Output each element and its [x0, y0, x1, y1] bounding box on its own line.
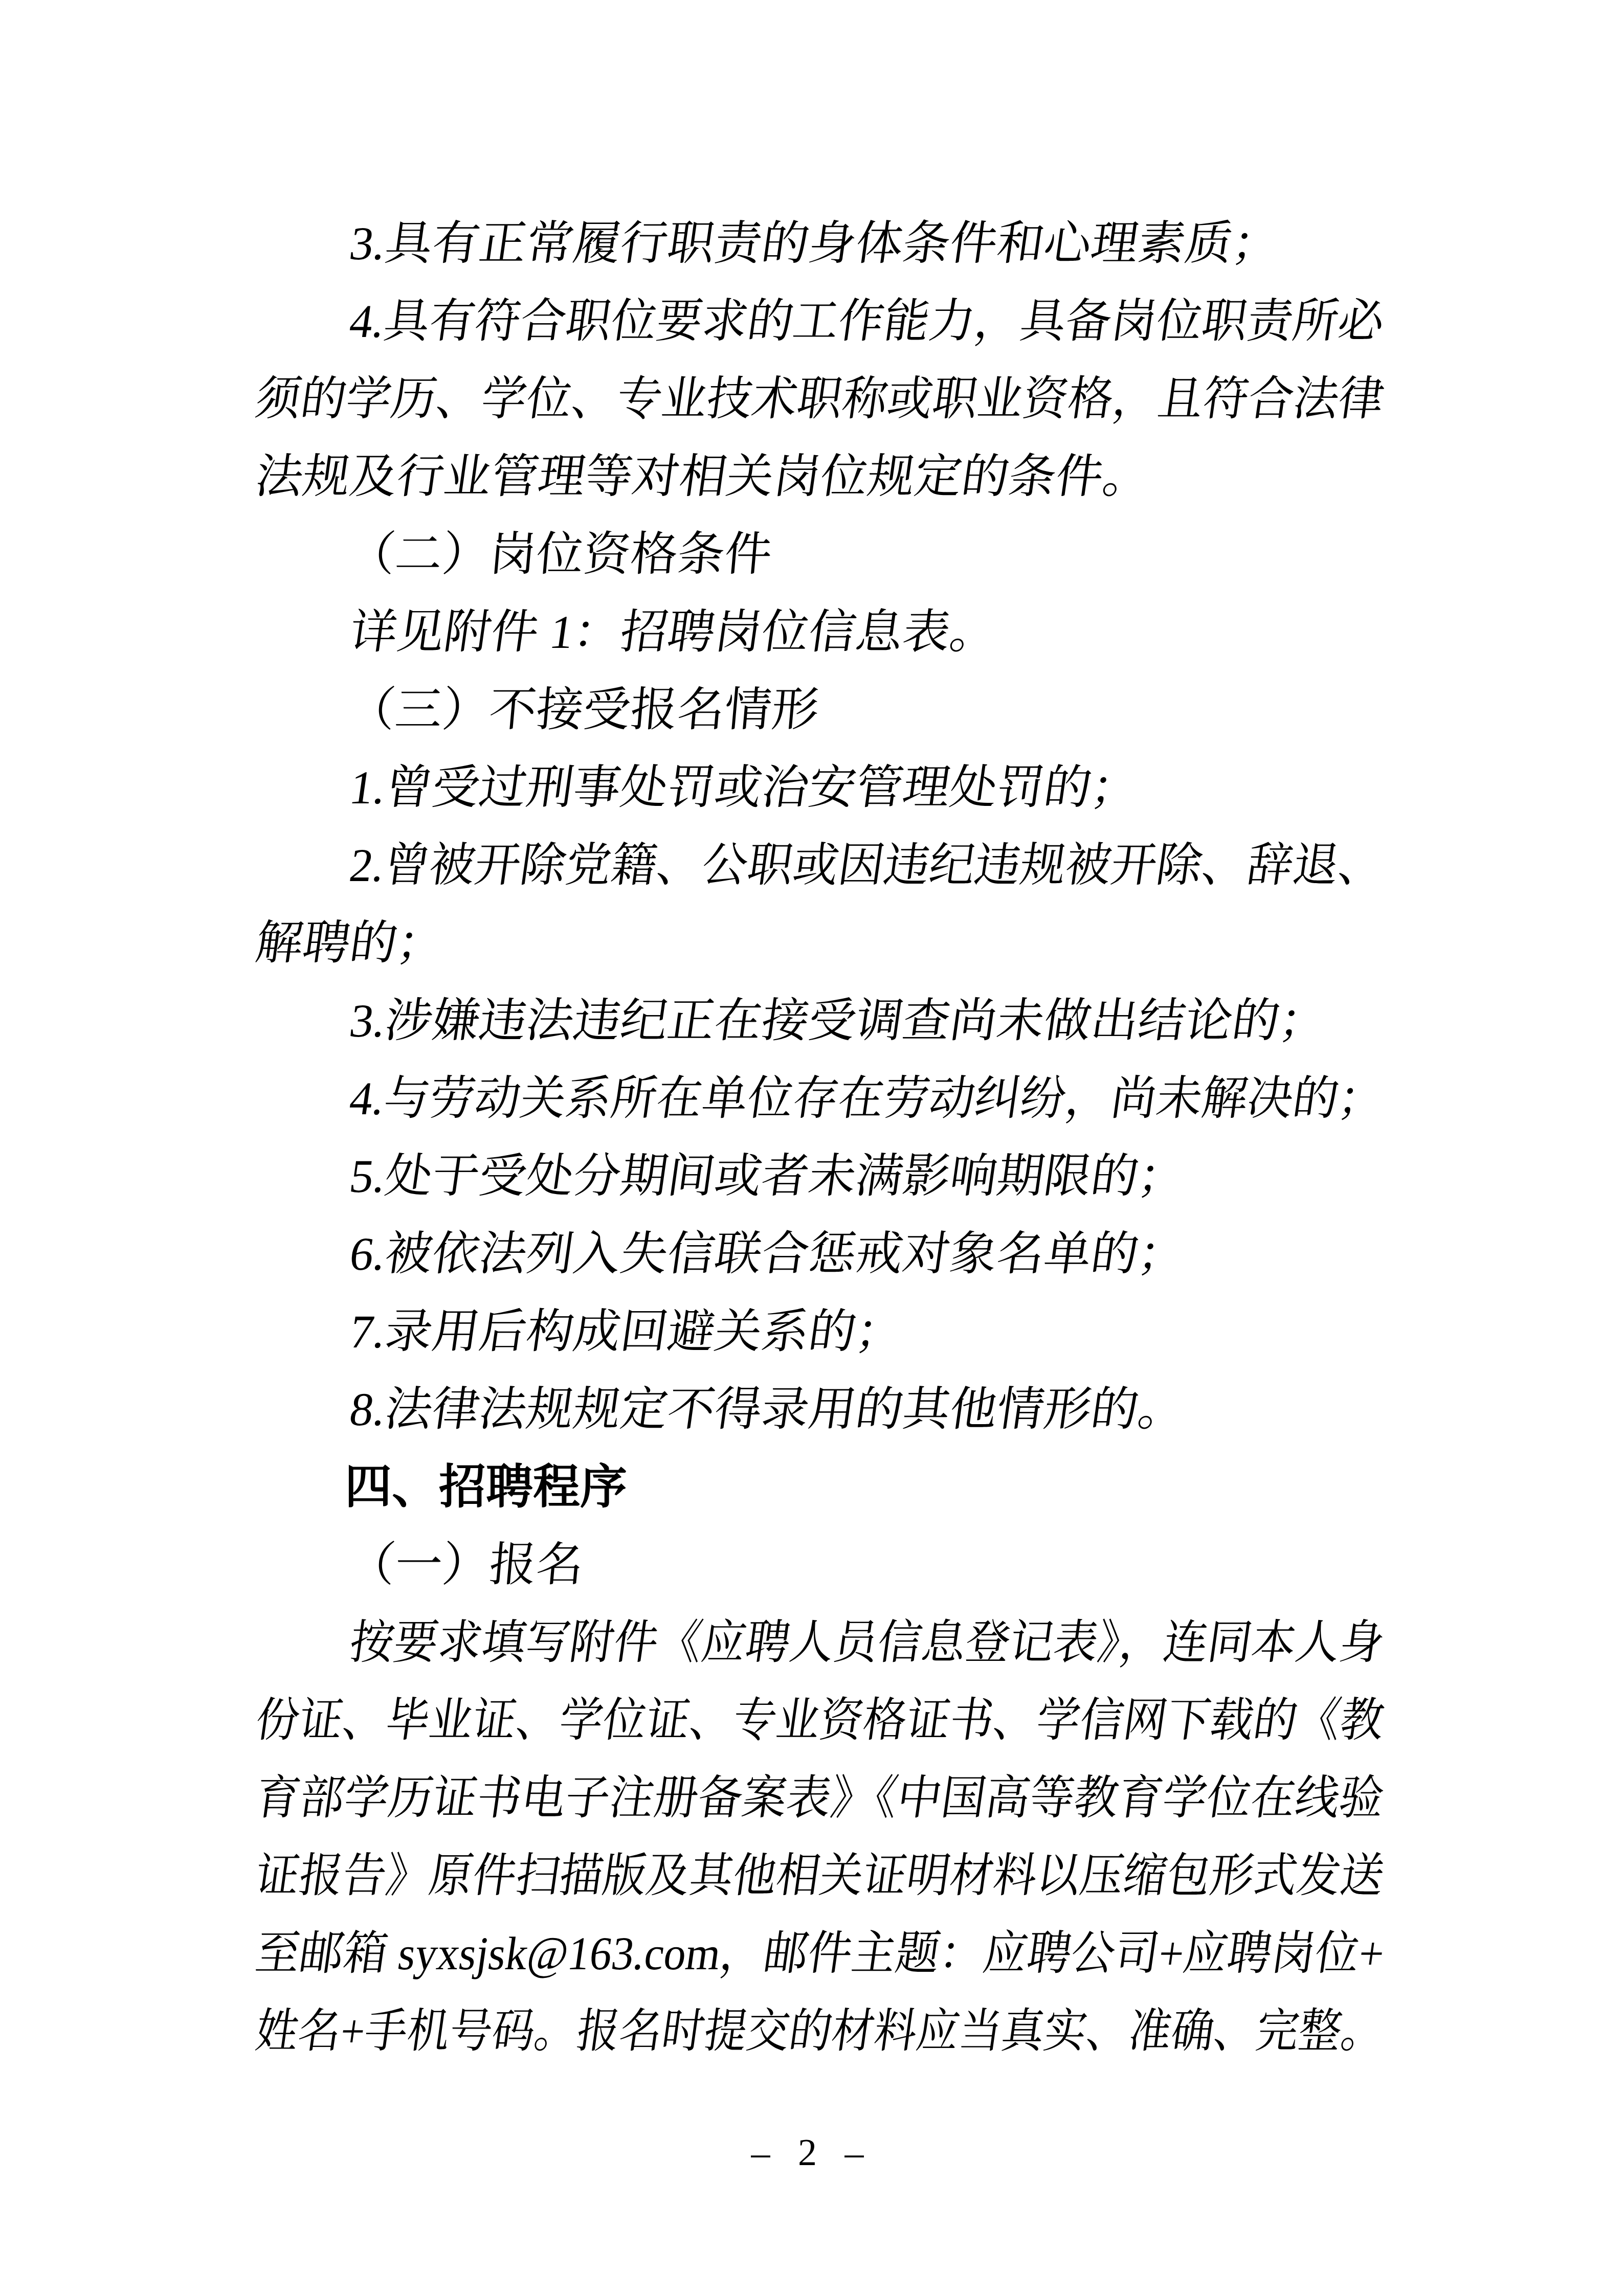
- text-line: 8.法律法规规定不得录用的其他情形的。: [251, 1370, 1378, 1448]
- text-line: （二）岗位资格条件: [251, 515, 1378, 593]
- text-line: 解聘的；: [251, 904, 1378, 982]
- text-line: 2.曾被开除党籍、公职或因违纪违规被开除、辞退、: [251, 826, 1378, 904]
- text-line: 3.具有正常履行职责的身体条件和心理素质；: [251, 205, 1378, 282]
- text-line-content: （三）不接受报名情形: [345, 671, 822, 749]
- text-line-content: 证报告》原件扫描版及其他相关证明材料以压缩包形式发送: [251, 1837, 1389, 1915]
- text-line-content: 5.处于受处分期间或者未满影响期限的；: [345, 1137, 1191, 1215]
- text-line: （三）不接受报名情形: [251, 671, 1378, 749]
- text-line: 法规及行业管理等对相关岗位规定的条件。: [251, 438, 1378, 515]
- text-line-content: 6.被依法列入失信联合惩戒对象名单的；: [345, 1215, 1191, 1293]
- text-line-content: 1.曾受过刑事处罚或治安管理处罚的；: [345, 749, 1144, 826]
- text-line-content: 育部学历证书电子注册备案表》《中国高等教育学位在线验: [251, 1759, 1389, 1837]
- text-line-content: 4.具有符合职位要求的工作能力，具备岗位职责所必: [345, 282, 1389, 360]
- text-line: 育部学历证书电子注册备案表》《中国高等教育学位在线验: [251, 1759, 1378, 1837]
- text-line: 须的学历、学位、专业技术职称或职业资格，且符合法律: [251, 360, 1378, 438]
- text-line: 5.处于受处分期间或者未满影响期限的；: [251, 1137, 1378, 1215]
- document-body: 3.具有正常履行职责的身体条件和心理素质；4.具有符合职位要求的工作能力，具备岗…: [251, 205, 1378, 2070]
- text-line: 详见附件 1：招聘岗位信息表。: [251, 593, 1378, 671]
- text-line: 证报告》原件扫描版及其他相关证明材料以压缩包形式发送: [251, 1837, 1378, 1915]
- text-line-content: （二）岗位资格条件: [345, 515, 775, 593]
- page-number: – 2 –: [0, 2131, 1624, 2175]
- text-line-content: 份证、毕业证、学位证、专业资格证书、学信网下载的《教: [251, 1681, 1389, 1759]
- text-line: （一）报名: [251, 1526, 1378, 1604]
- page-number-label: – 2 –: [751, 2132, 873, 2174]
- text-line-content: 至邮箱 syxsjsk@163.com，邮件主题：应聘公司+应聘岗位+: [251, 1915, 1389, 1992]
- document-page: 3.具有正常履行职责的身体条件和心理素质；4.具有符合职位要求的工作能力，具备岗…: [0, 0, 1624, 2296]
- text-line: 至邮箱 syxsjsk@163.com，邮件主题：应聘公司+应聘岗位+: [251, 1915, 1378, 1992]
- text-line: 4.与劳动关系所在单位存在劳动纠纷，尚未解决的；: [251, 1060, 1378, 1137]
- text-line: 四、招聘程序: [251, 1448, 1378, 1526]
- text-line-content: 姓名+手机号码。报名时提交的材料应当真实、准确、完整。: [251, 1992, 1389, 2070]
- text-line-content: 四、招聘程序: [345, 1448, 627, 1526]
- text-line-content: 解聘的；: [251, 904, 450, 982]
- text-line-content: 须的学历、学位、专业技术职称或职业资格，且符合法律: [251, 360, 1389, 438]
- text-line-content: 7.录用后构成回避关系的；: [345, 1293, 908, 1370]
- text-line-content: （一）报名: [345, 1526, 587, 1604]
- text-line-content: 按要求填写附件《应聘人员信息登记表》，连同本人身: [345, 1604, 1389, 1681]
- text-line: 1.曾受过刑事处罚或治安管理处罚的；: [251, 749, 1378, 826]
- text-line: 7.录用后构成回避关系的；: [251, 1293, 1378, 1370]
- text-line: 4.具有符合职位要求的工作能力，具备岗位职责所必: [251, 282, 1378, 360]
- text-line: 份证、毕业证、学位证、专业资格证书、学信网下载的《教: [251, 1681, 1378, 1759]
- text-line-content: 法规及行业管理等对相关岗位规定的条件。: [251, 438, 1155, 515]
- text-line-content: 3.具有正常履行职责的身体条件和心理素质；: [345, 205, 1285, 282]
- text-line: 按要求填写附件《应聘人员信息登记表》，连同本人身: [251, 1604, 1378, 1681]
- text-line: 6.被依法列入失信联合惩戒对象名单的；: [251, 1215, 1378, 1293]
- text-line-content: 详见附件 1：招聘岗位信息表。: [345, 593, 1003, 671]
- text-line: 3.涉嫌违法违纪正在接受调查尚未做出结论的；: [251, 982, 1378, 1060]
- text-line-content: 2.曾被开除党籍、公职或因违纪违规被开除、辞退、: [345, 826, 1389, 904]
- text-line-content: 4.与劳动关系所在单位存在劳动纠纷，尚未解决的；: [345, 1060, 1389, 1137]
- text-line-content: 8.法律法规规定不得录用的其他情形的。: [345, 1370, 1191, 1448]
- text-line-content: 3.涉嫌违法违纪正在接受调查尚未做出结论的；: [345, 982, 1332, 1060]
- text-line: 姓名+手机号码。报名时提交的材料应当真实、准确、完整。: [251, 1992, 1378, 2070]
